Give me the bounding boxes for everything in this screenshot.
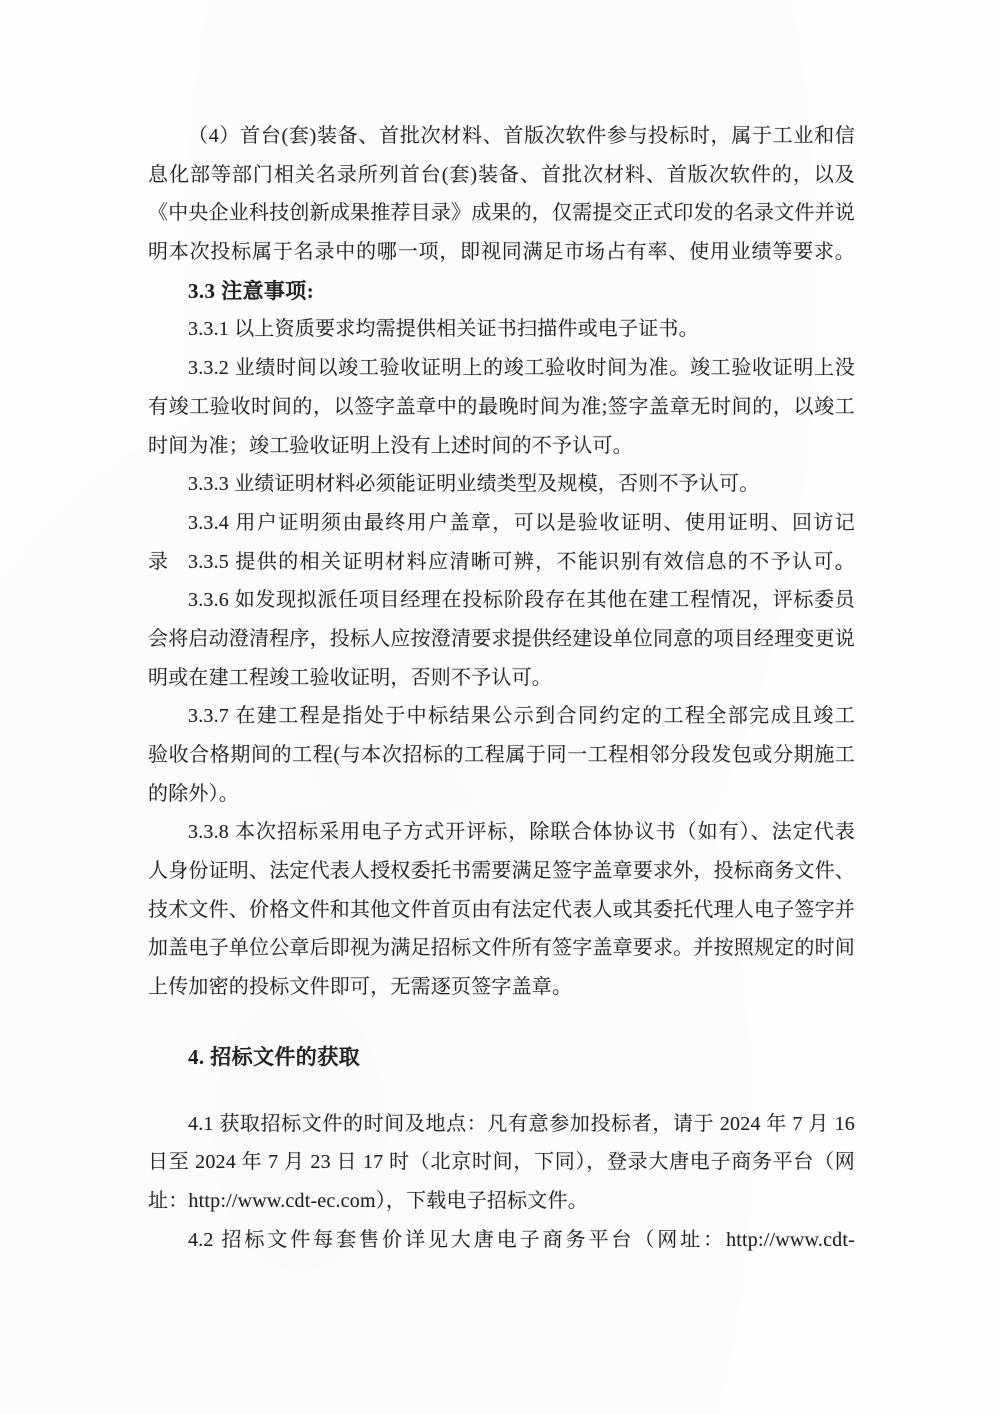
text-line: 有竣工验收时间的，以签字盖章中的最晚时间为准;签字盖章无时间的，以竣工 <box>148 388 855 427</box>
text-line: 3.3.3 业绩证明材料必须能证明业绩类型及规模，否则不予认可。 <box>148 465 855 504</box>
document-content: （4）首台(套)装备、首批次材料、首版次软件参与投标时，属于工业和信息化部等部门… <box>148 117 855 1259</box>
section-heading: 4. 招标文件的获取 <box>148 1038 855 1077</box>
section-heading: 3.3 注意事项: <box>148 272 855 311</box>
text-line: 加盖电子单位公章后即视为满足招标文件所有签字盖章要求。并按照规定的时间 <box>148 929 855 968</box>
text-line: 3.3.4 用户证明须由最终用户盖章，可以是验收证明、使用证明、回访记录。 <box>148 504 855 543</box>
text-line: 息化部等部门相关名录所列首台(套)装备、首批次材料、首版次软件的，以及 <box>148 156 855 195</box>
text-line: 4.1 获取招标文件的时间及地点：凡有意参加投标者，请于 2024 年 7 月 … <box>148 1105 855 1144</box>
text-line: 时间为准；竣工验收证明上没有上述时间的不予认可。 <box>148 427 855 466</box>
text-line: 日至 2024 年 7 月 23 日 17 时（北京时间，下同），登录大唐电子商… <box>148 1143 855 1182</box>
text-line: 的除外）。 <box>148 775 855 814</box>
text-line: 4.2 招标文件每套售价详见大唐电子商务平台（网址：http://www.cdt… <box>148 1221 855 1260</box>
text-line: 技术文件、价格文件和其他文件首页由有法定代表人或其委托代理人电子签字并 <box>148 891 855 930</box>
text-line: 明或在建工程竣工验收证明，否则不予认可。 <box>148 659 855 698</box>
text-line: 3.3.7 在建工程是指处于中标结果公示到合同约定的工程全部完成且竣工 <box>148 697 855 736</box>
text-line: 3.3.1 以上资质要求均需提供相关证书扫描件或电子证书。 <box>148 310 855 349</box>
text-line: （4）首台(套)装备、首批次材料、首版次软件参与投标时，属于工业和信 <box>148 117 855 156</box>
text-line: 3.3.6 如发现拟派任项目经理在投标阶段存在其他在建工程情况，评标委员 <box>148 581 855 620</box>
text-line: 验收合格期间的工程(与本次招标的工程属于同一工程相邻分段发包或分期施工 <box>148 736 855 775</box>
text-line: 上传加密的投标文件即可，无需逐页签字盖章。 <box>148 968 855 1007</box>
text-line: 人身份证明、法定代表人授权委托书需要满足签字盖章要求外，投标商务文件、 <box>148 852 855 891</box>
text-line: 3.3.8 本次招标采用电子方式开评标，除联合体协议书（如有）、法定代表 <box>148 813 855 852</box>
text-line: 址：http://www.cdt-ec.com），下载电子招标文件。 <box>148 1182 855 1221</box>
text-line: 会将启动澄清程序，投标人应按澄清要求提供经建设单位同意的项目经理变更说 <box>148 620 855 659</box>
text-line: 3.3.2 业绩时间以竣工验收证明上的竣工验收时间为准。竣工验收证明上没 <box>148 349 855 388</box>
text-line: 《中央企业科技创新成果推荐目录》成果的，仅需提交正式印发的名录文件并说 <box>148 194 855 233</box>
text-line: 明本次投标属于名录中的哪一项，即视同满足市场占有率、使用业绩等要求。 <box>148 233 855 272</box>
document-page: （4）首台(套)装备、首批次材料、首版次软件参与投标时，属于工业和信息化部等部门… <box>0 0 1000 1414</box>
text-line: 3.3.5 提供的相关证明材料应清晰可辨，不能识别有效信息的不予认可。 <box>148 543 855 582</box>
